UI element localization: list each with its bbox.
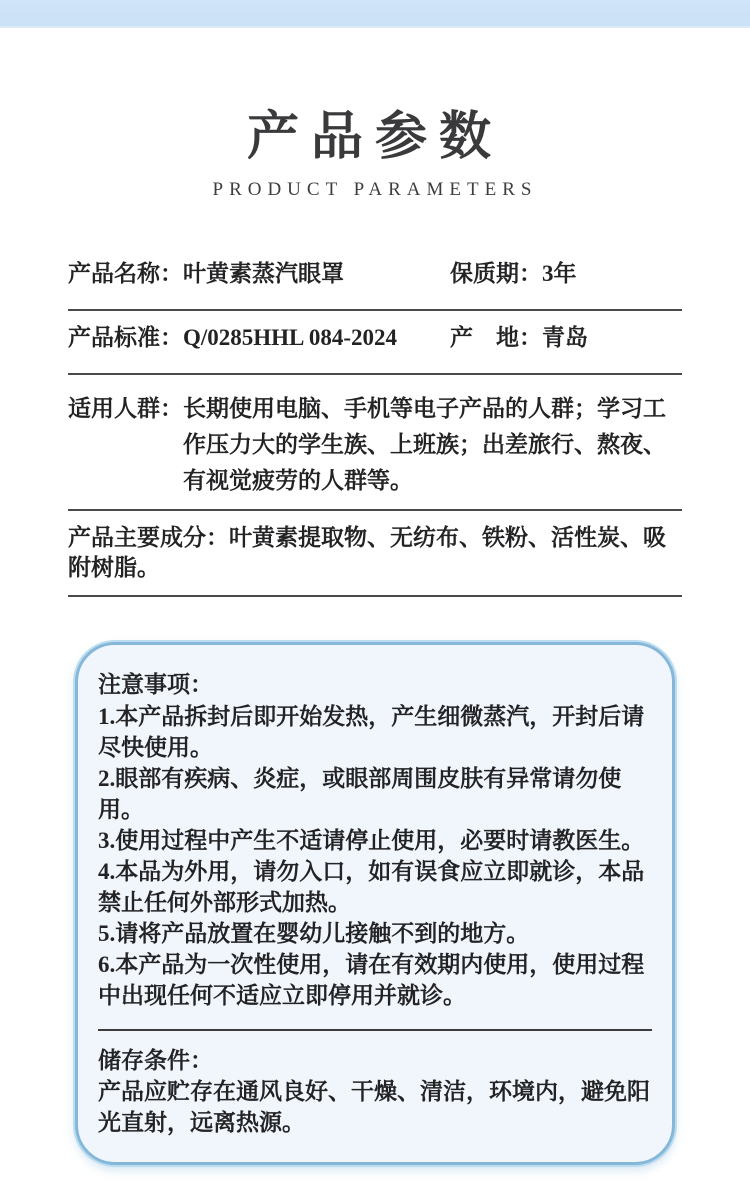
origin-label: 产 地： xyxy=(450,325,542,350)
page-title: 产品参数 xyxy=(0,94,750,169)
origin-pair: 产 地：青岛 xyxy=(450,323,588,353)
spec-row-ingredients: 产品主要成分：叶黄素提取物、无纺布、铁粉、活性炭、吸附树脂。 xyxy=(68,511,682,597)
page-header: 产品参数 PRODUCT PARAMETERS xyxy=(0,94,750,201)
storage-divider xyxy=(98,1029,652,1031)
page-subtitle: PRODUCT PARAMETERS xyxy=(0,179,750,201)
spec-row-name-shelflife: 产品名称：叶黄素蒸汽眼罩 保质期：3年 xyxy=(68,247,682,311)
notice-item-3: 3.使用过程中产生不适请停止使用，必要时请教医生。 xyxy=(98,825,652,856)
notice-item-5: 5.请将产品放置在婴幼儿接触不到的地方。 xyxy=(98,918,652,949)
origin-value: 青岛 xyxy=(542,325,588,350)
storage-title: 储存条件： xyxy=(98,1045,652,1076)
product-standard-label: 产品标准： xyxy=(68,325,183,350)
storage-text: 产品应贮存在通风良好、干燥、清洁，环境内，避免阳光直射，远离热源。 xyxy=(98,1076,652,1138)
target-users-label: 适用人群： xyxy=(68,391,183,499)
product-name-label: 产品名称： xyxy=(68,261,183,286)
notice-item-2: 2.眼部有疾病、炎症，或眼部周围皮肤有异常请勿使用。 xyxy=(98,763,652,825)
notice-item-4: 4.本品为外用，请勿入口，如有误食应立即就诊，本品禁止任何外部形式加热。 xyxy=(98,856,652,918)
notice-item-6: 6.本产品为一次性使用，请在有效期内使用，使用过程中出现任何不适应立即停用并就诊… xyxy=(98,949,652,1011)
product-name-value: 叶黄素蒸汽眼罩 xyxy=(183,261,344,286)
product-standard-value: Q/0285HHL 084-2024 xyxy=(183,325,397,350)
top-band xyxy=(0,0,750,28)
spec-row-target-users: 适用人群：长期使用电脑、手机等电子产品的人群；学习工作压力大的学生族、上班族；出… xyxy=(68,375,682,511)
spec-row-standard-origin: 产品标准：Q/0285HHL 084-2024 产 地：青岛 xyxy=(68,311,682,375)
notice-item-1: 1.本产品拆封后即开始发热，产生细微蒸汽，开封后请尽快使用。 xyxy=(98,701,652,763)
shelf-life-label: 保质期： xyxy=(450,261,542,286)
ingredients-label: 产品主要成分： xyxy=(68,525,229,550)
spec-table: 产品名称：叶黄素蒸汽眼罩 保质期：3年 产品标准：Q/0285HHL 084-2… xyxy=(68,247,682,597)
shelf-life-value: 3年 xyxy=(542,261,577,286)
target-users-value: 长期使用电脑、手机等电子产品的人群；学习工作压力大的学生族、上班族；出差旅行、熬… xyxy=(183,391,682,499)
shelf-life-pair: 保质期：3年 xyxy=(450,259,577,289)
notice-box: 注意事项： 1.本产品拆封后即开始发热，产生细微蒸汽，开封后请尽快使用。 2.眼… xyxy=(75,642,675,1165)
notice-title: 注意事项： xyxy=(98,669,652,700)
